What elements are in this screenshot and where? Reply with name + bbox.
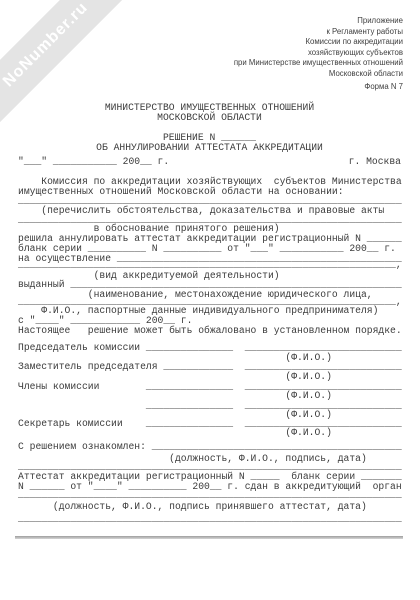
decision-subject-line: ОБ АННУЛИРОВАНИИ АТТЕСТАТА АККРЕДИТАЦИИ — [18, 143, 401, 153]
annex-header-line: при Министерстве имущественных отношений — [234, 58, 403, 69]
city-label: г. Москва — [349, 157, 401, 167]
fio-caption: (Ф.И.О.) — [18, 428, 408, 438]
annex-header-line: к Регламенту работы — [234, 27, 403, 38]
bottom-separator-rule — [15, 536, 403, 539]
annex-header: Приложение к Регламенту работы Комиссии … — [234, 16, 403, 79]
annex-header-line: Московской области — [234, 69, 403, 80]
appeal-notice-line: Настоящее решение может быть обжаловано … — [18, 326, 408, 336]
caption-receiver-signature: (должность, Ф.И.О., подпись принявшего а… — [18, 502, 408, 512]
document-page: NoNumber.ru Приложение к Регламенту рабо… — [0, 0, 420, 600]
blank-rule-line: ________________________________________… — [18, 514, 408, 524]
form-number-label: Форма N 7 — [364, 82, 403, 91]
date-blank: "___" ___________ 200__ г. — [18, 157, 169, 167]
blank-rule-line: ________________________________________… — [18, 260, 408, 270]
blank-rule-line: ________________________________________… — [18, 490, 408, 500]
annex-header-line: Комиссии по аккредитации — [234, 37, 403, 48]
annex-header-line: Приложение — [234, 16, 403, 27]
annex-header-line: хозяйствующих субъектов — [234, 48, 403, 59]
ministry-name-line2: МОСКОВСКОЙ ОБЛАСТИ — [18, 113, 401, 123]
dateline: "___" ___________ 200__ г. г. Москва — [18, 157, 401, 167]
watermark-text: NoNumber.ru — [0, 0, 92, 91]
acknowledged-line: С решением ознакомлен: _________________… — [18, 442, 408, 452]
